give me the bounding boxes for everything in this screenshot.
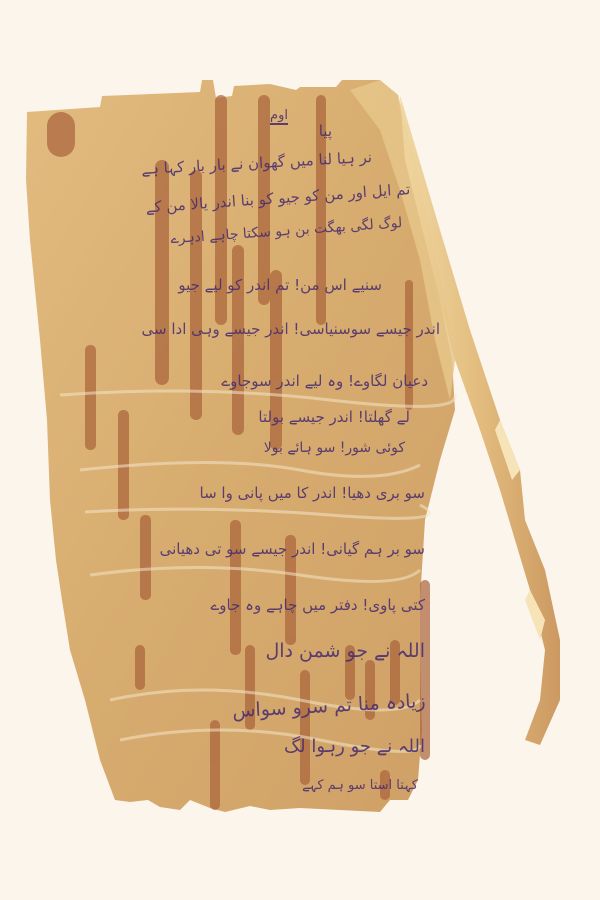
side-title: پیا [319,122,332,140]
heading-text: اوم [270,108,288,125]
manuscript-line: سو بر ہم گیانی! اندر جیسے سو تی دھیانی [160,540,425,558]
manuscript-line: سنیے اس من! تم اندر کو لیے جیو [178,276,382,294]
manuscript-line: اللہ نے جو رہوا لگ [284,736,425,757]
manuscript-line: کہتا استا سو ہم کہے [302,778,418,793]
manuscript-line: اللہ نے جو شمن دال [265,640,425,662]
manuscript-line: سو بری دھیا! اندر کا میں پانی وا سا [200,484,425,502]
manuscript-line: دعیان لگاوے! وہ لیے اندر سوجاوے [221,372,428,390]
manuscript-line: لے گھلتا! اندر جیسے بولتا [258,408,410,426]
manuscript-line: کتی پاوی! دفتر میں چاہے وہ جاوے [211,596,425,614]
manuscript-line: کوئی شور! سو ہائے بولا [264,440,405,456]
manuscript-line: اندر جیسے سوسنیاسی! اندر جیسے وہی ادا سی [142,320,440,338]
